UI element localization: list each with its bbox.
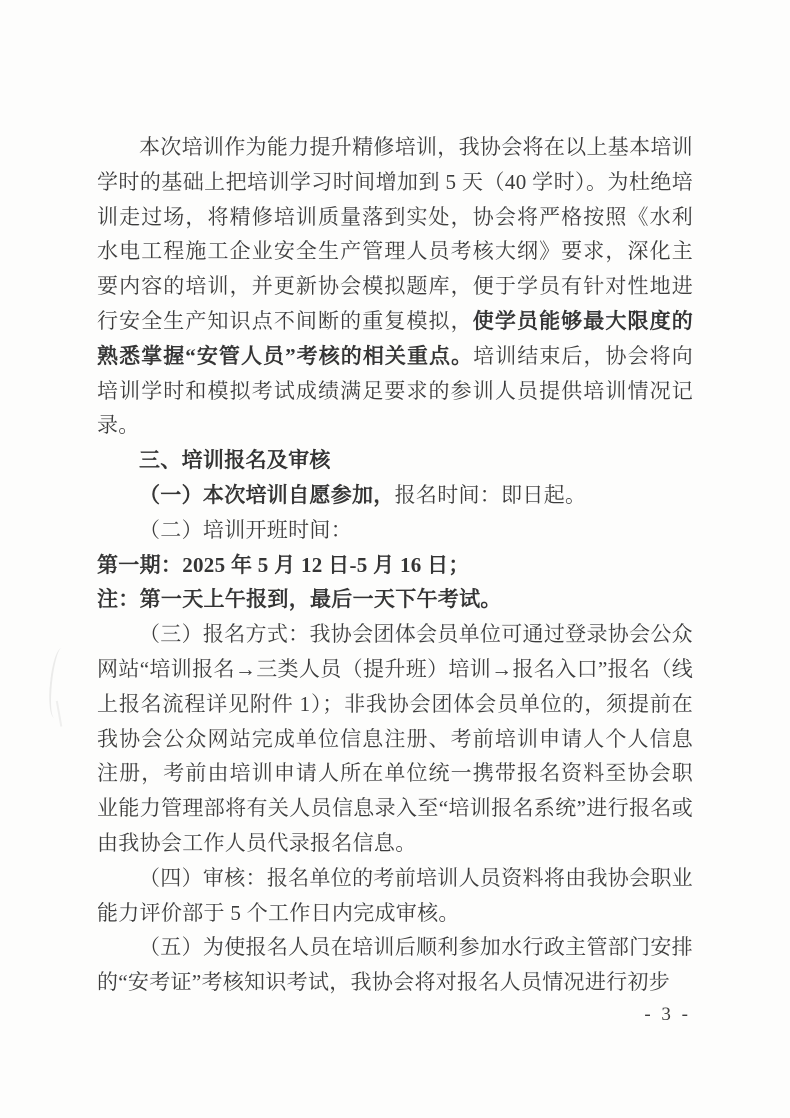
text-run: 注：第一天上午报到，最后一天下午考试。	[97, 587, 502, 611]
text-run: 报名时间：即日起。	[395, 483, 587, 507]
text-run: （一）本次培训自愿参加，	[139, 483, 395, 507]
document-page: 本次培训作为能力提升精修培训，我协会将在以上基本培训学时的基础上把培训学习时间增…	[0, 0, 790, 1118]
paragraph-intro: 本次培训作为能力提升精修培训，我协会将在以上基本培训学时的基础上把培训学习时间增…	[97, 130, 693, 443]
text-run: （三）报名方式：我协会团体会员单位可通过登录协会公众网站“培训报名→三类人员（提…	[97, 622, 693, 855]
text-run: （二）培训开班时间：	[139, 518, 352, 542]
paragraph-item-2: （二）培训开班时间：	[97, 513, 693, 548]
document-body: 本次培训作为能力提升精修培训，我协会将在以上基本培训学时的基础上把培训学习时间增…	[97, 130, 693, 1000]
paragraph-item-1: （一）本次培训自愿参加，报名时间：即日起。	[97, 478, 693, 513]
scan-smudge-artifact-small	[56, 699, 70, 726]
paragraph-item-5: （五）为使报名人员在培训后顺利参加水行政主管部门安排的“安考证”考核知识考试，我…	[97, 930, 693, 1000]
paragraph-section-3-heading: 三、培训报名及审核	[97, 443, 693, 478]
page-number: - 3 -	[644, 1004, 691, 1026]
text-run: 三、培训报名及审核	[139, 448, 331, 472]
paragraph-item-4: （四）审核：报名单位的考前培训人员资料将由我协会职业能力评价部于 5 个工作日内…	[97, 861, 693, 931]
paragraph-item-3: （三）报名方式：我协会团体会员单位可通过登录协会公众网站“培训报名→三类人员（提…	[97, 617, 693, 861]
text-run: 第一期：2025 年 5 月 12 日-5 月 16 日；	[97, 553, 470, 577]
paragraph-session-1: 第一期：2025 年 5 月 12 日-5 月 16 日；	[97, 548, 693, 583]
text-run: 本次培训作为能力提升精修培训，我协会将在以上基本培训学时的基础上把培训学习时间增…	[97, 135, 693, 333]
text-run: （五）为使报名人员在培训后顺利参加水行政主管部门安排的“安考证”考核知识考试，我…	[97, 935, 693, 994]
scan-smudge-artifact	[46, 647, 69, 718]
paragraph-session-note: 注：第一天上午报到，最后一天下午考试。	[97, 582, 693, 617]
text-run: （四）审核：报名单位的考前培训人员资料将由我协会职业能力评价部于 5 个工作日内…	[97, 866, 693, 925]
